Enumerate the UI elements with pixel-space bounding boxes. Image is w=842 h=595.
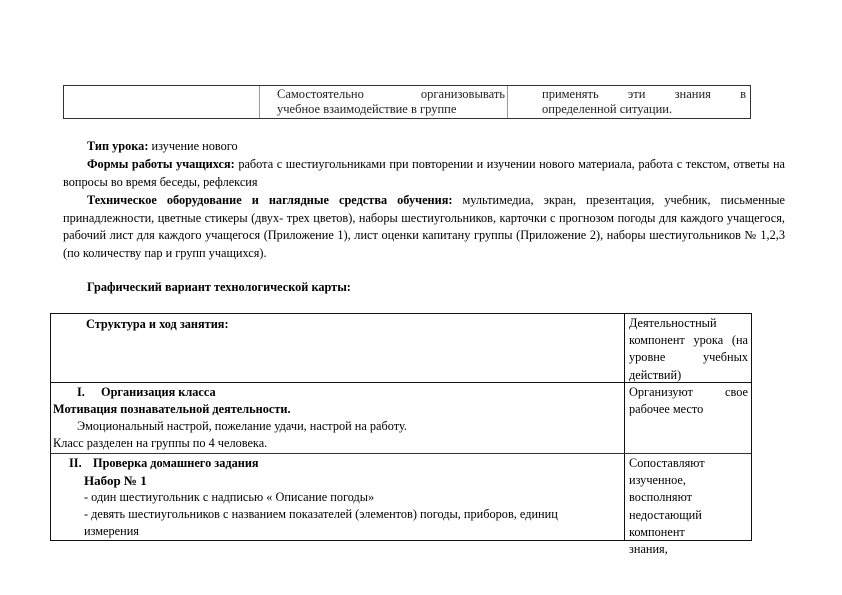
section-title: I.Организация класса <box>51 383 624 401</box>
row-cell-structure: I.Организация класса Мотивация познавате… <box>51 383 625 453</box>
section-numeral: II. <box>69 455 93 472</box>
word: организовывать <box>421 87 505 102</box>
section-numeral: I. <box>77 384 101 401</box>
table-header-row: Структура и ход занятия: Деятельностный … <box>51 314 751 383</box>
competencies-table-fragment: Самостоятельно организовывать учебное вз… <box>63 85 751 119</box>
word: знания <box>675 87 711 102</box>
graphic-heading: Графический вариант технологической карт… <box>63 279 785 297</box>
header-cell-activity: Деятельностный компонент урока (на уровн… <box>625 314 751 382</box>
row-line: Класс разделен на группы по 4 человека. <box>51 435 624 452</box>
work-forms-label: Формы работы учащихся: <box>87 157 235 171</box>
activity-text: Сопоставляют изученное, восполняют недос… <box>629 455 709 558</box>
header-structure-label: Структура и ход занятия: <box>51 314 624 333</box>
lesson-type-value: изучение нового <box>148 139 237 153</box>
cell-line: учебное взаимодействие в группе <box>277 102 505 117</box>
header-cell-structure: Структура и ход занятия: <box>51 314 625 382</box>
header-activity-label: Деятельностный компонент урока (на уровн… <box>629 315 748 384</box>
table-row: I.Организация класса Мотивация познавате… <box>51 383 751 454</box>
section-title-text: Проверка домашнего задания <box>93 456 259 470</box>
row-cell-activity: Организуют свое рабочее место <box>625 383 751 453</box>
table-cell-empty <box>64 86 260 118</box>
activity-text: Организуют свое рабочее место <box>629 384 748 418</box>
row-cell-structure: II.Проверка домашнего задания Набор № 1 … <box>51 454 625 541</box>
word: эти <box>628 87 646 102</box>
row-line: Мотивация познавательной деятельности. <box>51 401 624 418</box>
word: в <box>740 87 746 102</box>
word: Самостоятельно <box>277 87 364 102</box>
cell-line: Самостоятельно организовывать <box>277 87 505 102</box>
cell-line: применять эти знания в <box>542 87 746 102</box>
work-forms-paragraph: Формы работы учащихся: работа с шестиуго… <box>63 156 785 191</box>
row-line: Эмоциональный настрой, пожелание удачи, … <box>51 418 624 435</box>
document-page: Самостоятельно организовывать учебное вз… <box>0 0 842 595</box>
section-title: II.Проверка домашнего задания <box>51 454 624 472</box>
table-row: II.Проверка домашнего задания Набор № 1 … <box>51 454 751 541</box>
lesson-type-paragraph: Тип урока: изучение нового <box>63 138 785 156</box>
row-line: - девять шестиугольников с названием пок… <box>51 506 624 523</box>
cell-line: определенной ситуации. <box>542 102 746 117</box>
row-line: измерения <box>51 523 624 540</box>
word: применять <box>542 87 599 102</box>
technological-map-table: Структура и ход занятия: Деятельностный … <box>50 313 752 541</box>
row-line: Набор № 1 <box>51 472 624 489</box>
row-line: - один шестиугольник с надписью « Описан… <box>51 489 624 506</box>
table-cell-apply: применять эти знания в определенной ситу… <box>510 86 752 118</box>
table-cell-communicative: Самостоятельно организовывать учебное вз… <box>260 86 508 118</box>
section-title-text: Организация класса <box>101 385 216 399</box>
lesson-type-label: Тип урока: <box>87 139 148 153</box>
equipment-label: Техническое оборудование и наглядные сре… <box>87 193 452 207</box>
row-cell-activity: Сопоставляют изученное, восполняют недос… <box>625 454 751 541</box>
equipment-paragraph: Техническое оборудование и наглядные сре… <box>63 192 785 262</box>
